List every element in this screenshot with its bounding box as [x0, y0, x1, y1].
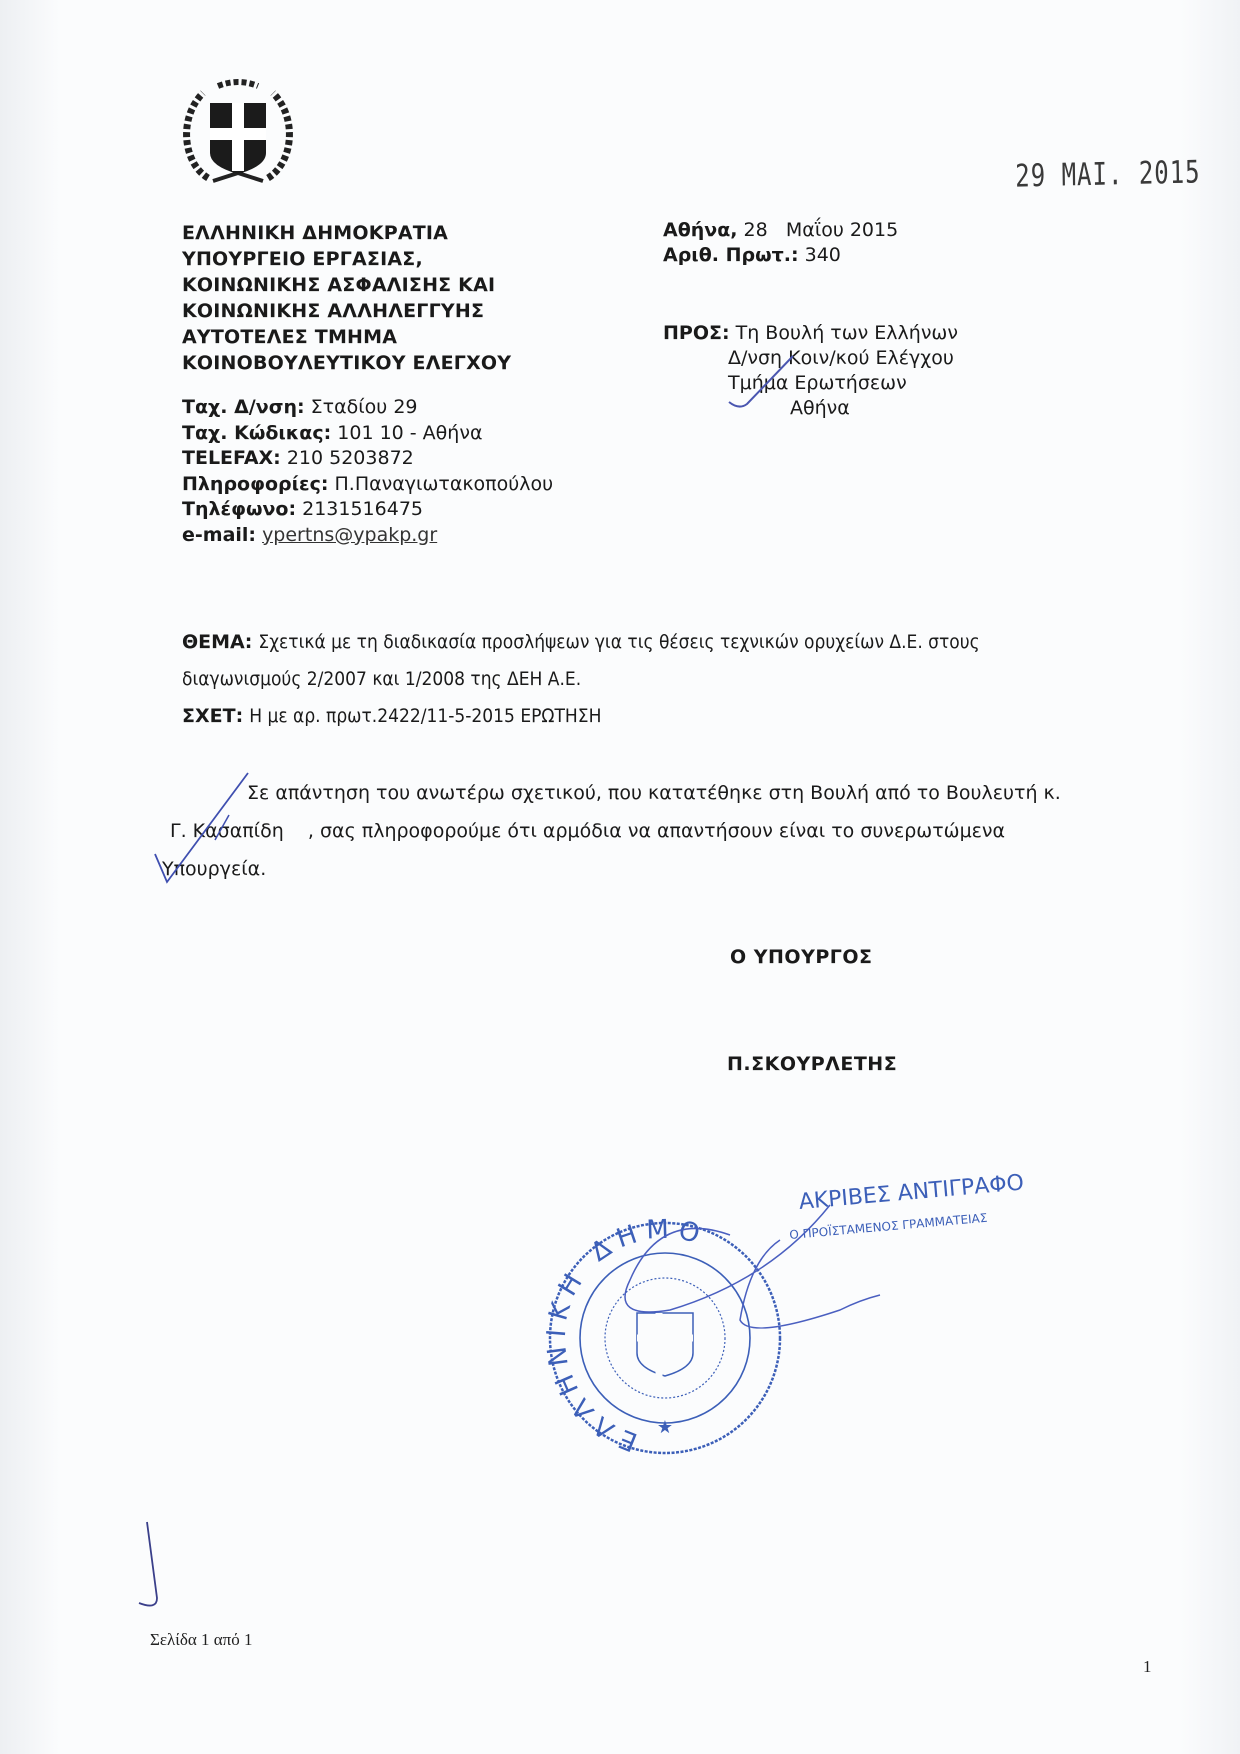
letter-body: Σε απάντηση του ανωτέρω σχετικού, που κα… — [150, 774, 1150, 888]
signatory-title: Ο ΥΠΟΥΡΓΟΣ — [730, 946, 873, 968]
received-date-stamp: 29 ΜΑΙ. 2015 — [1015, 154, 1201, 195]
page-number: 1 — [1143, 1657, 1152, 1677]
svg-text:★: ★ — [657, 1417, 673, 1438]
body-line: Γ. Κασαπίδη , σας πληροφορούμε ότι αρμόδ… — [150, 812, 1150, 850]
subject-line: ΘΕΜΑ: Σχετικά με τη διαδικασία προσλήψεω… — [182, 624, 1192, 661]
sender-header-line: ΕΛΛΗΝΙΚΗ ΔΗΜΟΚΡΑΤΙΑ — [182, 220, 511, 246]
contact-address: Ταχ. Δ/νση: Σταδίου 29 — [182, 395, 553, 421]
page-count-label: Σελίδα 1 από 1 — [150, 1630, 253, 1650]
recipient-line: Τη Βουλή των Ελλήνων — [736, 322, 958, 344]
contact-telefax: TELEFAX: 210 5203872 — [182, 446, 553, 472]
recipient-label: ΠΡΟΣ: — [663, 322, 730, 344]
letter-date: Αθήνα, 28 Μαΐου 2015 — [663, 218, 898, 243]
protocol-number: Αριθ. Πρωτ.: 340 — [663, 243, 898, 268]
contact-phone: Τηλέφωνο: 2131516475 — [182, 497, 553, 523]
handwritten-mark-icon — [145, 770, 255, 900]
signatory-name: Π.ΣΚΟΥΡΛΕΤΗΣ — [727, 1053, 897, 1075]
sender-header-line: ΥΠΟΥΡΓΕΙΟ ΕΡΓΑΣΙΑΣ, — [182, 246, 511, 272]
recipient-line: Αθήνα — [663, 396, 958, 421]
reference-line: ΣΧΕΤ: Η με αρ. πρωτ.2422/11-5-2015 ΕΡΩΤΗ… — [182, 698, 1192, 735]
tick-mark-icon — [135, 1518, 175, 1618]
sender-header-line: ΚΟΙΝΩΝΙΚΗΣ ΑΛΛΗΛΕΓΓΥΗΣ — [182, 298, 511, 324]
body-line: Υπουργεία. — [150, 850, 1150, 888]
contact-info: Πληροφορίες: Π.Παναγιωτακοπούλου — [182, 472, 553, 498]
email-link[interactable]: ypertns@ypakp.gr — [262, 524, 437, 546]
sender-header-line: ΚΟΙΝΟΒΟΥΛΕΥΤΙΚΟΥ ΕΛΕΓΧΟΥ — [182, 350, 511, 376]
contact-email: e-mail: ypertns@ypakp.gr — [182, 523, 553, 549]
subject-line: διαγωνισμούς 2/2007 και 1/2008 της ΔΕΗ Α… — [182, 661, 1192, 698]
letter-meta: Αθήνα, 28 Μαΐου 2015 Αριθ. Πρωτ.: 340 — [663, 218, 898, 268]
recipient-block: ΠΡΟΣ: Τη Βουλή των Ελλήνων Δ/νση Κοιν/κο… — [663, 321, 958, 421]
sender-header: ΕΛΛΗΝΙΚΗ ΔΗΜΟΚΡΑΤΙΑ ΥΠΟΥΡΓΕΙΟ ΕΡΓΑΣΙΑΣ, … — [182, 220, 511, 376]
coat-of-arms-icon — [178, 78, 298, 193]
recipient-line: Τμήμα Ερωτήσεων — [663, 371, 958, 396]
sender-header-line: ΑΥΤΟΤΕΛΕΣ ΤΜΗΜΑ — [182, 324, 511, 350]
sender-contact: Ταχ. Δ/νση: Σταδίου 29 Ταχ. Κώδικας: 101… — [182, 395, 553, 548]
subject-block: ΘΕΜΑ: Σχετικά με τη διαδικασία προσλήψεω… — [182, 624, 1192, 735]
checkmark-annotation-icon — [725, 352, 805, 417]
body-line: Σε απάντηση του ανωτέρω σχετικού, που κα… — [150, 774, 1150, 812]
recipient-line: Δ/νση Κοιν/κού Ελέγχου — [663, 346, 958, 371]
handwritten-signature-icon — [600, 1200, 900, 1340]
sender-header-line: ΚΟΙΝΩΝΙΚΗΣ ΑΣΦΑΛΙΣΗΣ ΚΑΙ — [182, 272, 511, 298]
contact-postcode: Ταχ. Κώδικας: 101 10 - Αθήνα — [182, 421, 553, 447]
